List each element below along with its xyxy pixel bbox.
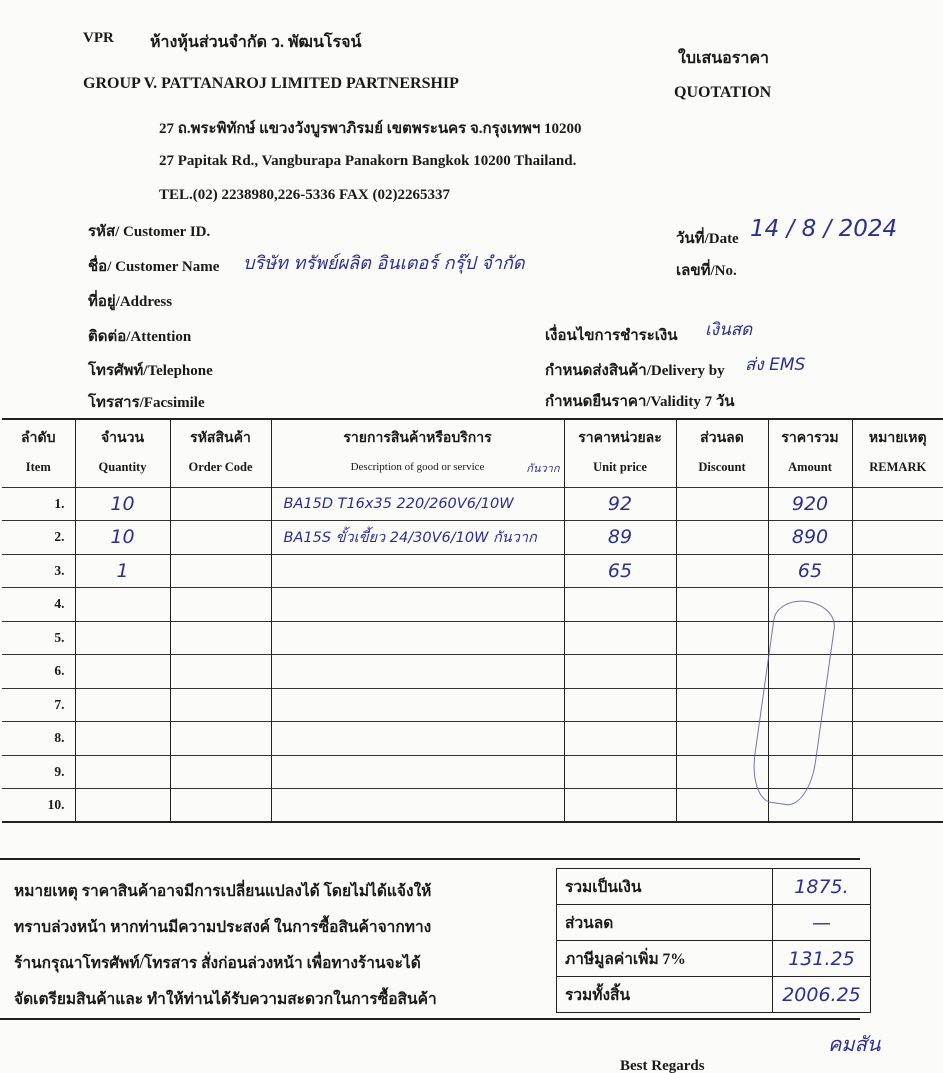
description-cell — [271, 688, 564, 722]
discount-cell — [676, 588, 768, 622]
customer-name-value: บริษัท ทรัพย์ผลิต อินเตอร์ กรุ๊ป จำกัด — [243, 248, 525, 277]
unit-price-cell: 89 — [564, 521, 676, 555]
description-cell — [271, 789, 564, 823]
table-row: 1.10BA15D T16x35 220/260V6/10W92920 — [2, 487, 943, 521]
item-number: 5. — [2, 621, 75, 655]
remark-cell — [852, 722, 943, 756]
summary-table: รวมเป็นเงิน1875. ส่วนลด— ภาษีมูลค่าเพิ่ม… — [556, 868, 871, 1013]
description-note: กันวาก — [526, 455, 559, 483]
amount-cell: 65 — [768, 554, 852, 588]
remark-cell — [852, 789, 943, 823]
discount-cell — [676, 487, 768, 521]
order-code-cell — [170, 722, 271, 756]
quantity-cell — [75, 655, 170, 689]
doc-title-th: ใบเสนอราคา — [678, 46, 769, 71]
description-cell — [271, 722, 564, 756]
header-amount: ราคารวมAmount — [768, 419, 852, 487]
description-cell — [271, 588, 564, 622]
order-code-cell — [170, 487, 271, 521]
description-cell: BA15D T16x35 220/260V6/10W — [271, 487, 564, 521]
date-label: วันที่/Date — [676, 226, 739, 250]
remark-cell — [852, 688, 943, 722]
discount-cell — [676, 789, 768, 823]
header-discount: ส่วนลดDiscount — [676, 419, 768, 487]
telephone-label: โทรศัพท์/Telephone — [88, 358, 213, 382]
order-code-cell — [170, 588, 271, 622]
summary-discount: ส่วนลด— — [557, 905, 871, 941]
summary-grand-total: รวมทั้งสิ้น2006.25 — [557, 977, 871, 1013]
doc-no-label: เลขที่/No. — [676, 258, 737, 282]
order-code-cell — [170, 554, 271, 588]
fax-label: โทรสาร/Facsimile — [88, 390, 205, 414]
description-cell — [271, 621, 564, 655]
payment-terms-value: เงินสด — [705, 316, 752, 343]
order-code-cell — [170, 621, 271, 655]
discount-cell — [676, 521, 768, 555]
company-abbr: VPR — [83, 30, 114, 47]
unit-price-cell — [564, 755, 676, 789]
order-code-cell — [170, 789, 271, 823]
item-number: 6. — [2, 655, 75, 689]
quantity-cell: 1 — [75, 554, 170, 588]
amount-cell: 890 — [768, 521, 852, 555]
best-regards: Best Regards — [620, 1058, 705, 1073]
remark-cell — [852, 487, 943, 521]
remark-cell — [852, 554, 943, 588]
unit-price-cell: 92 — [564, 487, 676, 521]
remark-cell — [852, 588, 943, 622]
table-header-row: ลำดับItem จำนวนQuantity รหัสสินค้าOrder … — [2, 419, 943, 487]
description-cell: BA15S ขั้วเขี้ยว 24/30V6/10W กันวาก — [271, 521, 564, 555]
item-number: 4. — [2, 588, 75, 622]
attention-label: ติดต่อ/Attention — [88, 324, 191, 348]
remark-cell — [852, 521, 943, 555]
discount-cell — [676, 655, 768, 689]
order-code-cell — [170, 755, 271, 789]
description-cell — [271, 755, 564, 789]
quantity-cell — [75, 755, 170, 789]
item-number: 2. — [2, 521, 75, 555]
order-code-cell — [170, 521, 271, 555]
table-row: 3.16565 — [2, 554, 943, 588]
amount-cell: 920 — [768, 487, 852, 521]
address-label: ที่อยู่/Address — [88, 289, 172, 313]
signature: คมสัน — [828, 1028, 880, 1060]
customer-name-label: ชื่อ/ Customer Name — [88, 254, 219, 278]
item-number: 9. — [2, 755, 75, 789]
header-description: รายการสินค้าหรือบริการDescription of goo… — [271, 419, 564, 487]
quantity-cell — [75, 688, 170, 722]
quantity-cell — [75, 789, 170, 823]
unit-price-cell — [564, 621, 676, 655]
company-contact: TEL.(02) 2238980,226-5336 FAX (02)226533… — [159, 187, 450, 204]
delivery-label: กำหนดส่งสินค้า/Delivery by — [545, 358, 725, 382]
order-code-cell — [170, 655, 271, 689]
order-code-cell — [170, 688, 271, 722]
footer-note: หมายเหตุ ราคาสินค้าอาจมีการเปลี่ยนแปลงได… — [14, 874, 534, 1018]
description-cell — [271, 554, 564, 588]
quantity-cell: 10 — [75, 487, 170, 521]
quantity-cell — [75, 621, 170, 655]
payment-terms-label: เงื่อนไขการชำระเงิน — [545, 323, 678, 347]
item-number: 7. — [2, 688, 75, 722]
item-number: 1. — [2, 487, 75, 521]
unit-price-cell — [564, 655, 676, 689]
table-row: 2.10BA15S ขั้วเขี้ยว 24/30V6/10W กันวาก8… — [2, 521, 943, 555]
quantity-cell — [75, 722, 170, 756]
item-number: 3. — [2, 554, 75, 588]
summary-subtotal: รวมเป็นเงิน1875. — [557, 869, 871, 905]
header-item: ลำดับItem — [2, 419, 75, 487]
header-unit-price: ราคาหน่วยละUnit price — [564, 419, 676, 487]
unit-price-cell: 65 — [564, 554, 676, 588]
unit-price-cell — [564, 789, 676, 823]
unit-price-cell — [564, 688, 676, 722]
company-name-th: ห้างหุ้นส่วนจำกัด ว. พัฒนโรจน์ — [150, 30, 361, 55]
item-number: 10. — [2, 789, 75, 823]
header-quantity: จำนวนQuantity — [75, 419, 170, 487]
remark-cell — [852, 655, 943, 689]
date-value: 14 / 8 / 2024 — [750, 216, 897, 242]
header-order-code: รหัสสินค้าOrder Code — [170, 419, 271, 487]
customer-id-label: รหัส/ Customer ID. — [88, 219, 210, 243]
remark-cell — [852, 621, 943, 655]
quantity-cell: 10 — [75, 521, 170, 555]
summary-vat: ภาษีมูลค่าเพิ่ม 7%131.25 — [557, 941, 871, 977]
validity-label: กำหนดยืนราคา/Validity 7 วัน — [545, 389, 735, 413]
doc-title-en: QUOTATION — [674, 84, 771, 102]
discount-cell — [676, 554, 768, 588]
quantity-cell — [75, 588, 170, 622]
remark-cell — [852, 755, 943, 789]
company-address-en: 27 Papitak Rd., Vangburapa Panakorn Bang… — [159, 153, 576, 170]
company-name-en: GROUP V. PATTANAROJ LIMITED PARTNERSHIP — [83, 75, 459, 93]
header-remark: หมายเหตุREMARK — [852, 419, 943, 487]
discount-cell — [676, 621, 768, 655]
delivery-value: ส่ง EMS — [745, 351, 805, 378]
company-address-th: 27 ถ.พระพิทักษ์ แขวงวังบูรพาภิรมย์ เขตพร… — [159, 116, 582, 140]
description-cell — [271, 655, 564, 689]
unit-price-cell — [564, 722, 676, 756]
item-number: 8. — [2, 722, 75, 756]
discount-cell — [676, 688, 768, 722]
unit-price-cell — [564, 588, 676, 622]
